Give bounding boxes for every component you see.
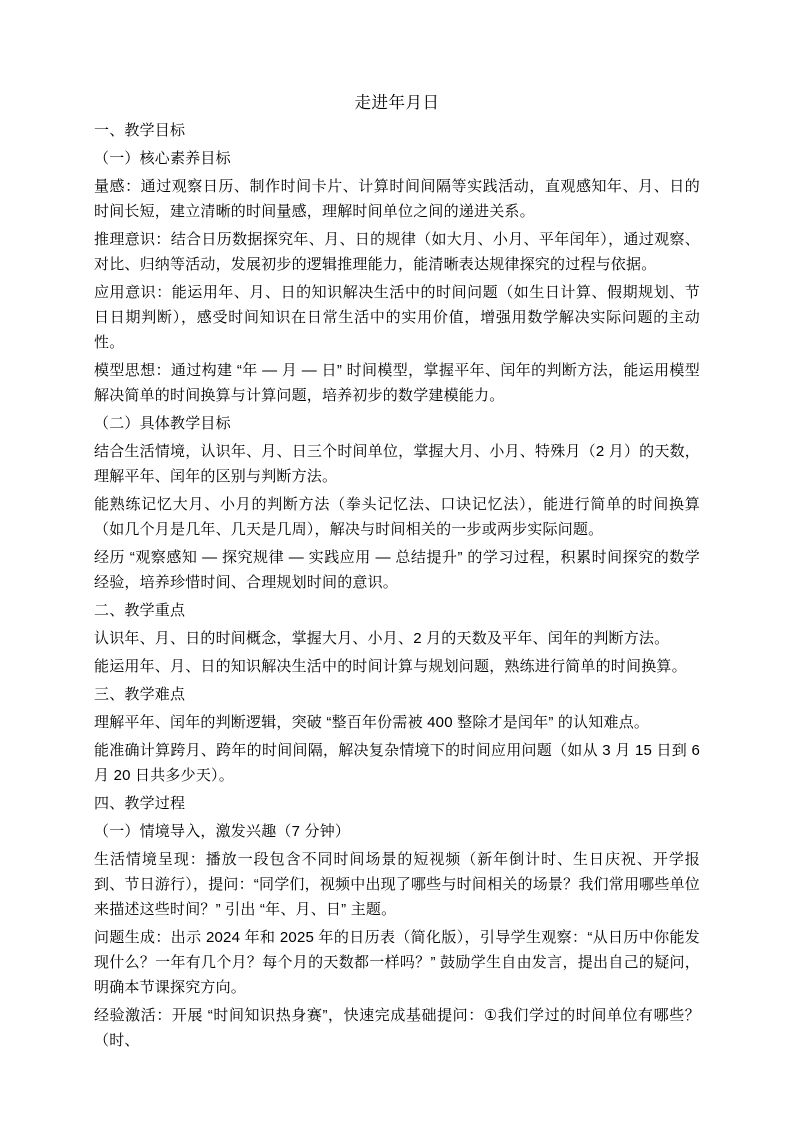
paragraph-body: 能准确计算跨月、跨年的时间间隔，解决复杂情境下的时间应用问题（如从 3 月 15…: [94, 738, 700, 788]
paragraph-body: 经验激活：开展 “时间知识热身赛”，快速完成基础提问：①我们学过的时间单位有哪些…: [94, 1003, 700, 1053]
document-page: 走进年月日 一、教学目标（一）核心素养目标量感：通过观察日历、制作时间卡片、计算…: [0, 0, 794, 1123]
paragraph-section: 一、教学目标: [94, 118, 700, 143]
paragraph-body: 量感：通过观察日历、制作时间卡片、计算时间间隔等实践活动，直观感知年、月、日的时…: [94, 174, 700, 224]
paragraph-body: 问题生成：出示 2024 年和 2025 年的日历表（简化版），引导学生观察：“…: [94, 925, 700, 1000]
paragraph-body: 应用意识：能运用年、月、日的知识解决生活中的时间问题（如生日计算、假期规划、节日…: [94, 280, 700, 355]
paragraph-section: 二、教学重点: [94, 598, 700, 623]
paragraph-body: 生活情境呈现：播放一段包含不同时间场景的短视频（新年倒计时、生日庆祝、开学报到、…: [94, 847, 700, 922]
paragraph-body: 能熟练记忆大月、小月的判断方法（拳头记忆法、口诀记忆法），能进行简单的时间换算（…: [94, 492, 700, 542]
paragraph-body: 理解平年、闰年的判断逻辑，突破 “整百年份需被 400 整除才是闰年” 的认知难…: [94, 710, 700, 735]
paragraph-body: 推理意识：结合日历数据探究年、月、日的规律（如大月、小月、平年闰年），通过观察、…: [94, 227, 700, 277]
document-body: 一、教学目标（一）核心素养目标量感：通过观察日历、制作时间卡片、计算时间间隔等实…: [94, 118, 700, 1053]
paragraph-body: 结合生活情境，认识年、月、日三个时间单位，掌握大月、小月、特殊月（2 月）的天数…: [94, 439, 700, 489]
paragraph-subsection: （一）核心素养目标: [94, 146, 700, 171]
paragraph-subsection: （一）情境导入，激发兴趣（7 分钟）: [94, 819, 700, 844]
paragraph-body: 模型思想：通过构建 “年 — 月 — 日” 时间模型，掌握平年、闰年的判断方法，…: [94, 358, 700, 408]
document-title: 走进年月日: [94, 90, 700, 116]
paragraph-body: 认识年、月、日的时间概念，掌握大月、小月、2 月的天数及平年、闰年的判断方法。: [94, 626, 700, 651]
paragraph-body: 能运用年、月、日的知识解决生活中的时间计算与规划问题，熟练进行简单的时间换算。: [94, 654, 700, 679]
paragraph-section: 三、教学难点: [94, 682, 700, 707]
paragraph-body: 经历 “观察感知 — 探究规律 — 实践应用 — 总结提升” 的学习过程，积累时…: [94, 545, 700, 595]
paragraph-section: 四、教学过程: [94, 791, 700, 816]
paragraph-subsection: （二）具体教学目标: [94, 411, 700, 436]
